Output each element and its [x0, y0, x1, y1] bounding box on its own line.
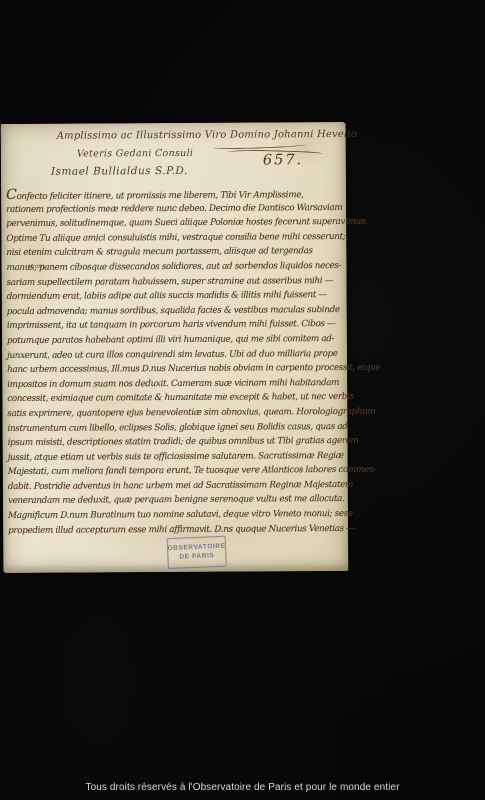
manuscript-line: Magnificum D.num Buratinum tuo nomine sa… [8, 507, 344, 524]
copyright-caption: Tous droits réservés à l'Observatoire de… [0, 782, 485, 793]
address-line-1: Amplissimo ac Illustrissimo Viro Domino … [57, 129, 357, 142]
manuscript-line: propediem illud accepturum esse mihi aff… [8, 522, 344, 539]
photo-background: Amplissimo ac Illustrissimo Viro Domino … [0, 0, 485, 800]
manuscript-line: ipsum misisti, descriptiones statim trad… [8, 434, 344, 451]
manuscript-line: satis exprimere, quantopere ejus benevol… [7, 405, 343, 422]
manuscript-page: Amplissimo ac Illustrissimo Viro Domino … [1, 122, 349, 573]
interlinear-insertion: et ora, [27, 263, 45, 270]
header-underline-flourish [213, 142, 307, 150]
letter-body: Confecto feliciter itinere, ut promissis… [6, 186, 344, 538]
manuscript-line: hanc urbem accessimus, Ill.mus D.nus Nuc… [7, 361, 343, 378]
manuscript-line: potumque paratos habebant optimi illi vi… [7, 332, 343, 349]
address-line-3: Ismael Bullialdus S.P.D. [51, 165, 188, 178]
observatoire-de-paris-stamp: OBSERVATOIRE DE PARIS [167, 536, 227, 569]
archive-number: 657. [263, 152, 303, 168]
manuscript-line: manus, panem cibosque dissecandos solidi… [6, 259, 342, 276]
address-line-2: Veteris Gedani Consuli [77, 148, 194, 160]
manuscript-line: Confecto feliciter itinere, ut promissis… [6, 186, 342, 203]
stamp-line-2: DE PARIS [179, 552, 214, 562]
